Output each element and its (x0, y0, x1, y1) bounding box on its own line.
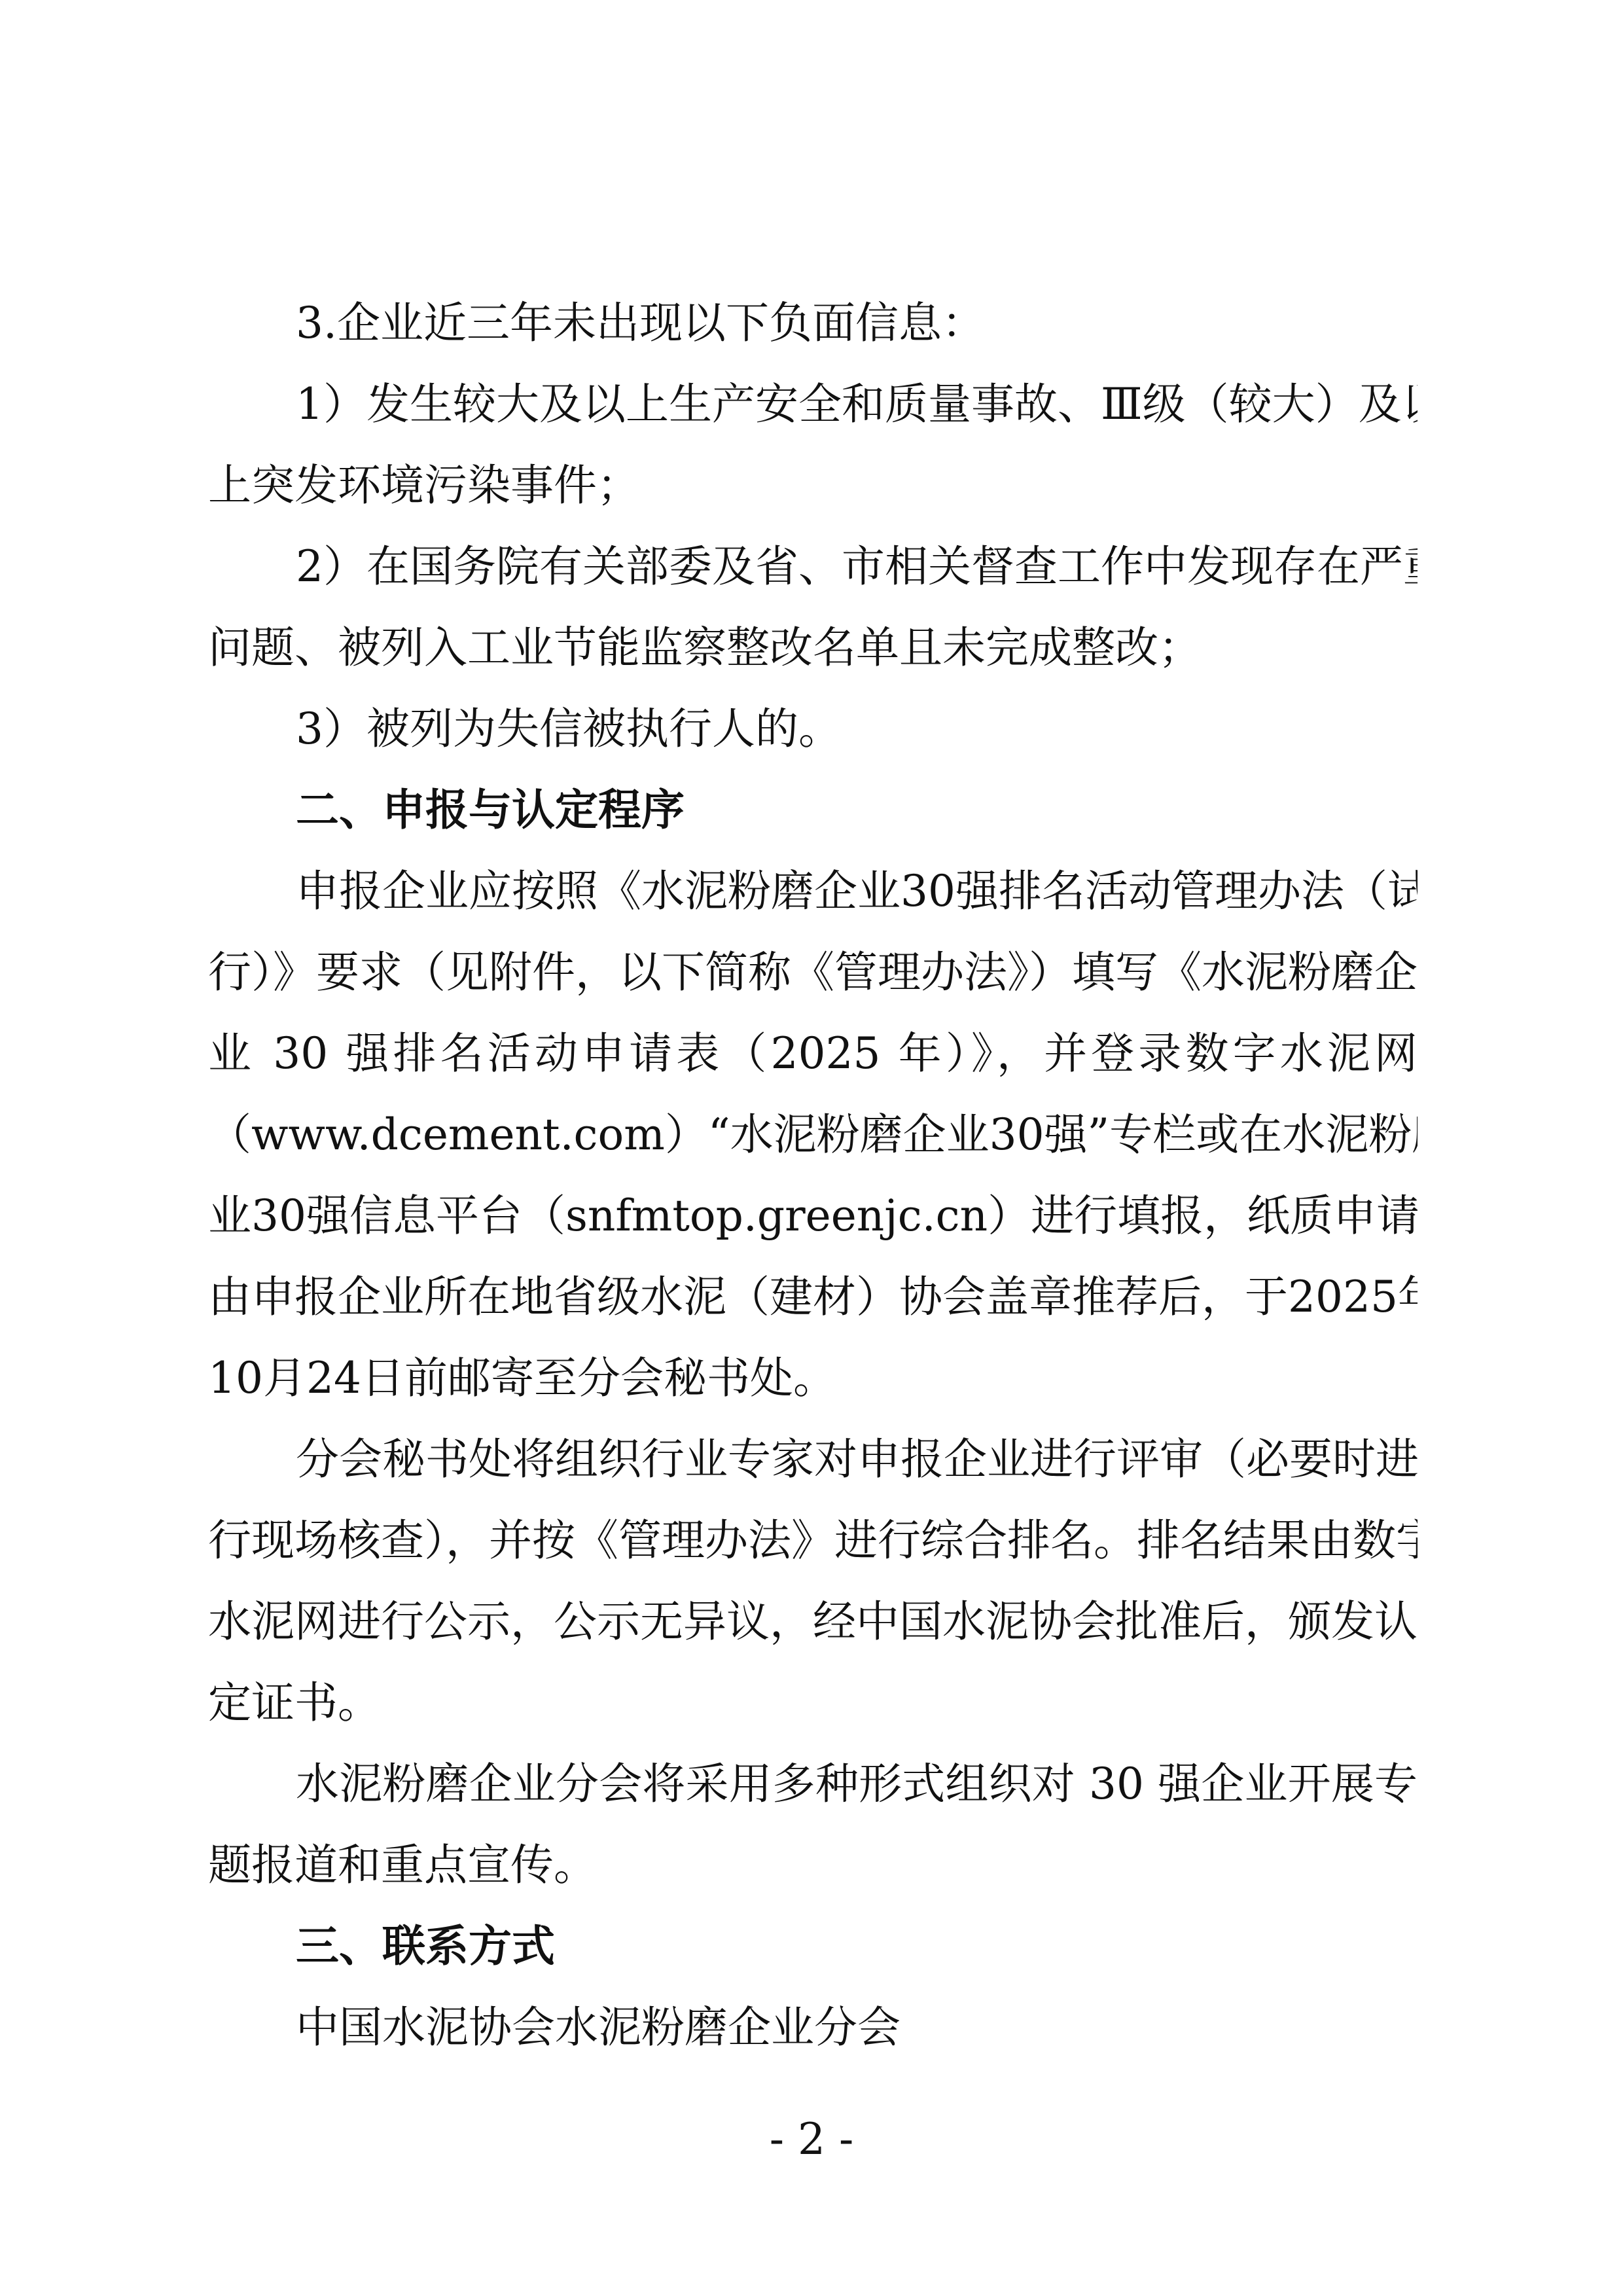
section2-para1-line: 业 30 强排名活动申请表（2025 年）》，并登录数字水泥网 (208, 1013, 1418, 1094)
section3-org: 中国水泥协会水泥粉磨企业分会 (208, 1987, 1418, 2068)
section2-para1-line: （www.dcement.com）“水泥粉磨企业30强”专栏或在水泥粉磨企 (208, 1094, 1418, 1175)
item3-sub2-line1: 2）在国务院有关部委及省、市相关督查工作中发现存在严重 (208, 526, 1418, 607)
section2-para2-line: 定证书。 (208, 1662, 1418, 1744)
section2-para1-line: 10月24日前邮寄至分会秘书处。 (208, 1338, 1418, 1419)
page-number: - 2 - (0, 2114, 1623, 2164)
section2-heading: 二、申报与认定程序 (208, 770, 1418, 851)
section2-para1-line: 由申报企业所在地省级水泥（建材）协会盖章推荐后，于2025年 (208, 1257, 1418, 1338)
item3-sub1-line1: 1）发生较大及以上生产安全和质量事故、Ⅲ级（较大）及以 (208, 364, 1418, 445)
section2-para1-line: 行）》要求（见附件，以下简称《管理办法》）填写《水泥粉磨企 (208, 932, 1418, 1013)
section2-para2-line: 分会秘书处将组织行业专家对申报企业进行评审（必要时进 (208, 1419, 1418, 1500)
item3-intro: 3.企业近三年未出现以下负面信息： (208, 283, 1418, 364)
item3-sub1-line2: 上突发环境污染事件； (208, 445, 1418, 526)
section3-heading: 三、联系方式 (208, 1906, 1418, 1987)
section2-para3-line: 水泥粉磨企业分会将采用多种形式组织对 30 强企业开展专 (208, 1744, 1418, 1825)
section2-para1-line: 业30强信息平台（snfmtop.greenjc.cn）进行填报，纸质申请表 (208, 1175, 1418, 1257)
document-page: 3.企业近三年未出现以下负面信息： 1）发生较大及以上生产安全和质量事故、Ⅲ级（… (208, 283, 1418, 2068)
section2-para2-line: 水泥网进行公示，公示无异议，经中国水泥协会批准后，颁发认 (208, 1581, 1418, 1662)
item3-sub3: 3）被列为失信被执行人的。 (208, 689, 1418, 770)
section2-para2-line: 行现场核查），并按《管理办法》进行综合排名。排名结果由数字 (208, 1500, 1418, 1581)
section2-para3-line: 题报道和重点宣传。 (208, 1825, 1418, 1906)
section2-para1-line: 申报企业应按照《水泥粉磨企业30强排名活动管理办法（试 (208, 851, 1418, 932)
item3-sub2-line2: 问题、被列入工业节能监察整改名单且未完成整改； (208, 607, 1418, 689)
